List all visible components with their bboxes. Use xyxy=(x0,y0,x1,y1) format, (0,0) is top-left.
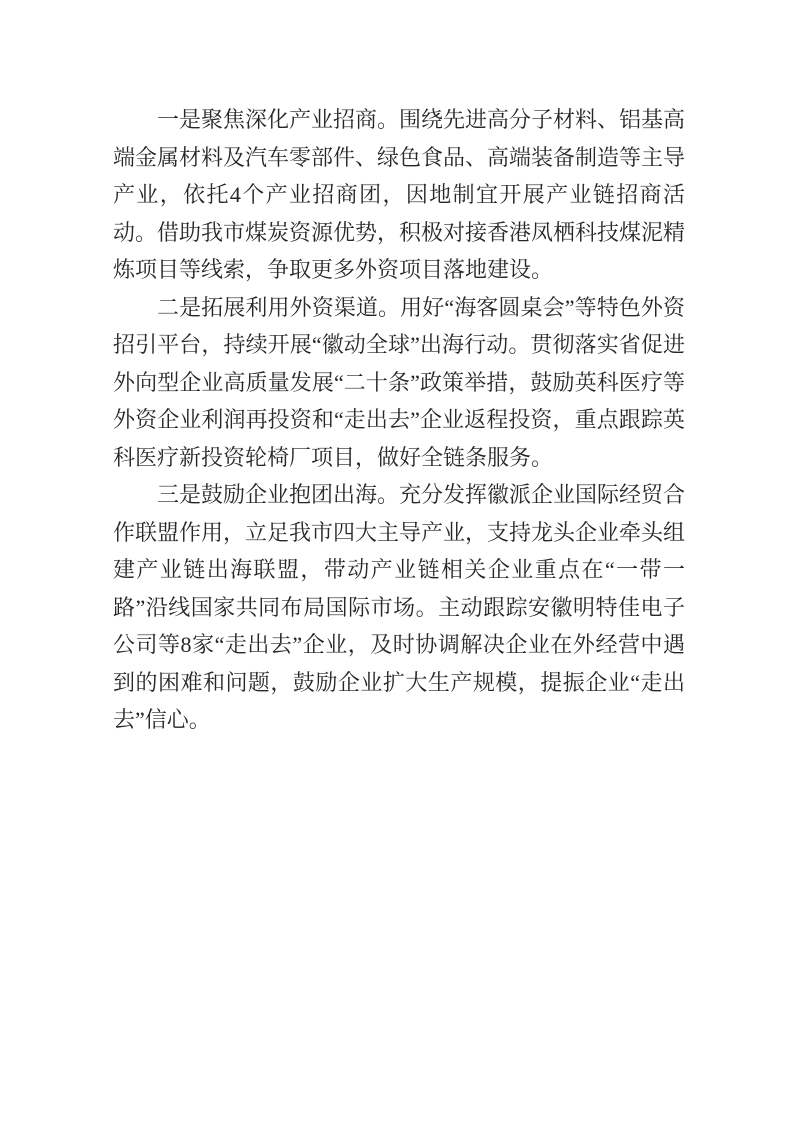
paragraph-foreign-capital-channels: 二是拓展利用外资渠道。用好“海客圆桌会”等特色外资招引平台，持续开展“徽动全球”… xyxy=(113,289,685,477)
paragraph-industry-investment: 一是聚焦深化产业招商。围绕先进高分子材料、铝基高端金属材料及汽车零部件、绿色食品… xyxy=(113,101,685,289)
paragraph-enterprises-going-global: 三是鼓励企业抱团出海。充分发挥徽派企业国际经贸合作联盟作用，立足我市四大主导产业… xyxy=(113,476,685,739)
document-page: 一是聚焦深化产业招商。围绕先进高分子材料、铝基高端金属材料及汽车零部件、绿色食品… xyxy=(0,0,793,1122)
document-body: 一是聚焦深化产业招商。围绕先进高分子材料、铝基高端金属材料及汽车零部件、绿色食品… xyxy=(113,101,685,739)
